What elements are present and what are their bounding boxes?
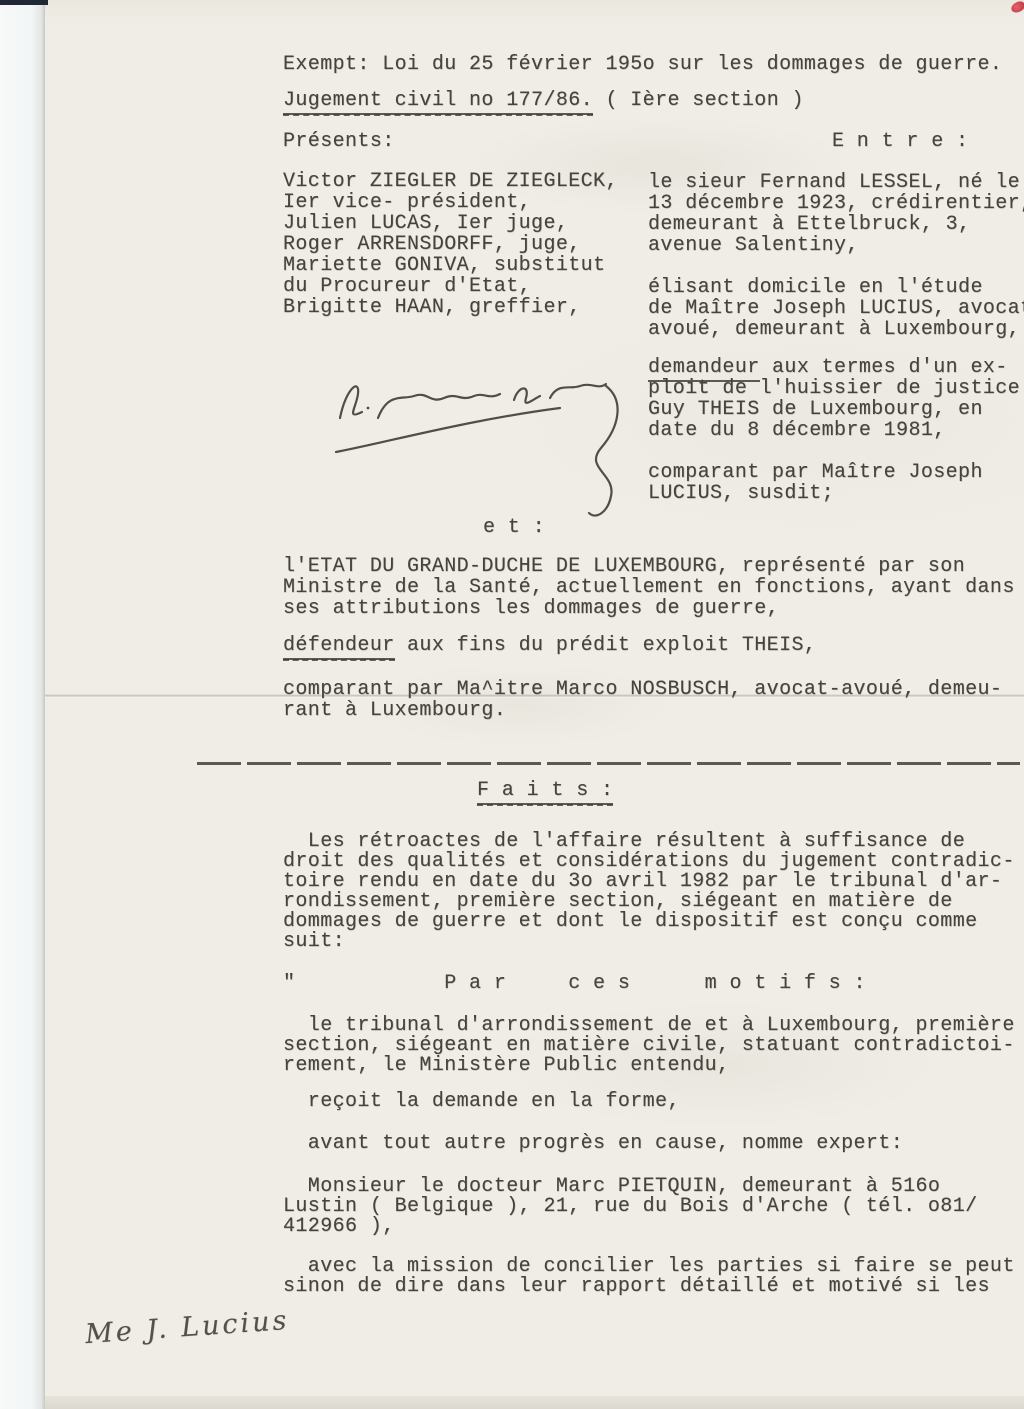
entre-label: E n t r e : — [832, 131, 968, 152]
handwritten-annotation: Me J. Lucius — [84, 1305, 290, 1350]
bottom-page-edge — [45, 1396, 1024, 1409]
section-divider-line — [197, 762, 1020, 765]
plaintiff-block: le sieur Fernand LESSEL, né le 13 décemb… — [648, 172, 1024, 340]
demandeur-block: demandeur aux termes d'un ex- ploit de l… — [648, 357, 1020, 504]
signature-ziegler — [318, 356, 638, 541]
exempt-line: Exempt: Loi du 25 février 195o sur les d… — [283, 54, 1002, 75]
scanner-edge-strip — [0, 0, 45, 1409]
avant-line: avant tout autre progrès en cause, nomme… — [283, 1134, 903, 1154]
case-title-suffix: ( Ière section ) — [593, 89, 804, 112]
presents-label: Présents: — [283, 131, 395, 152]
faits-heading: F a i t s : — [477, 780, 613, 806]
defendeur-rest: aux fins du prédit exploit THEIS, — [395, 634, 817, 657]
defendeur-underlined: défendeur — [283, 635, 395, 661]
case-title-line: Jugement civil no 177/86. ( Ière section… — [283, 90, 804, 116]
faits-paragraph: Les rétroactes de l'affaire résultent à … — [283, 832, 1015, 952]
dark-corner-artifact — [0, 0, 48, 5]
mission-paragraph: avec la mission de concilier les parties… — [283, 1257, 1015, 1297]
expert-paragraph: Monsieur le docteur Marc PIETQUIN, demeu… — [283, 1177, 978, 1237]
recoit-line: reçoit la demande en la forme, — [283, 1092, 680, 1112]
etat-block: l'ETAT DU GRAND-DUCHE DE LUXEMBOURG, rep… — [283, 556, 1015, 619]
demandeur-rest: aux termes d'un ex- ploit de l'huissier … — [648, 356, 1020, 505]
red-ink-mark — [1010, 0, 1024, 14]
comparant-block: comparant par Ma^itre Marco NOSBUSCH, av… — [283, 679, 1002, 721]
faits-underlined: F a i t s : — [477, 780, 613, 806]
motifs-heading-line: " P a r c e s m o t i f s : — [283, 974, 866, 994]
tribunal-paragraph: le tribunal d'arrondissement de et à Lux… — [283, 1016, 1015, 1076]
case-title-underlined: Jugement civil no 177/86. — [283, 90, 593, 116]
scanned-document-page: Exempt: Loi du 25 février 195o sur les d… — [0, 0, 1024, 1409]
defendeur-line: défendeur aux fins du prédit exploit THE… — [283, 635, 816, 661]
judges-list: Victor ZIEGLER DE ZIEGLECK, Ier vice- pr… — [283, 171, 618, 318]
